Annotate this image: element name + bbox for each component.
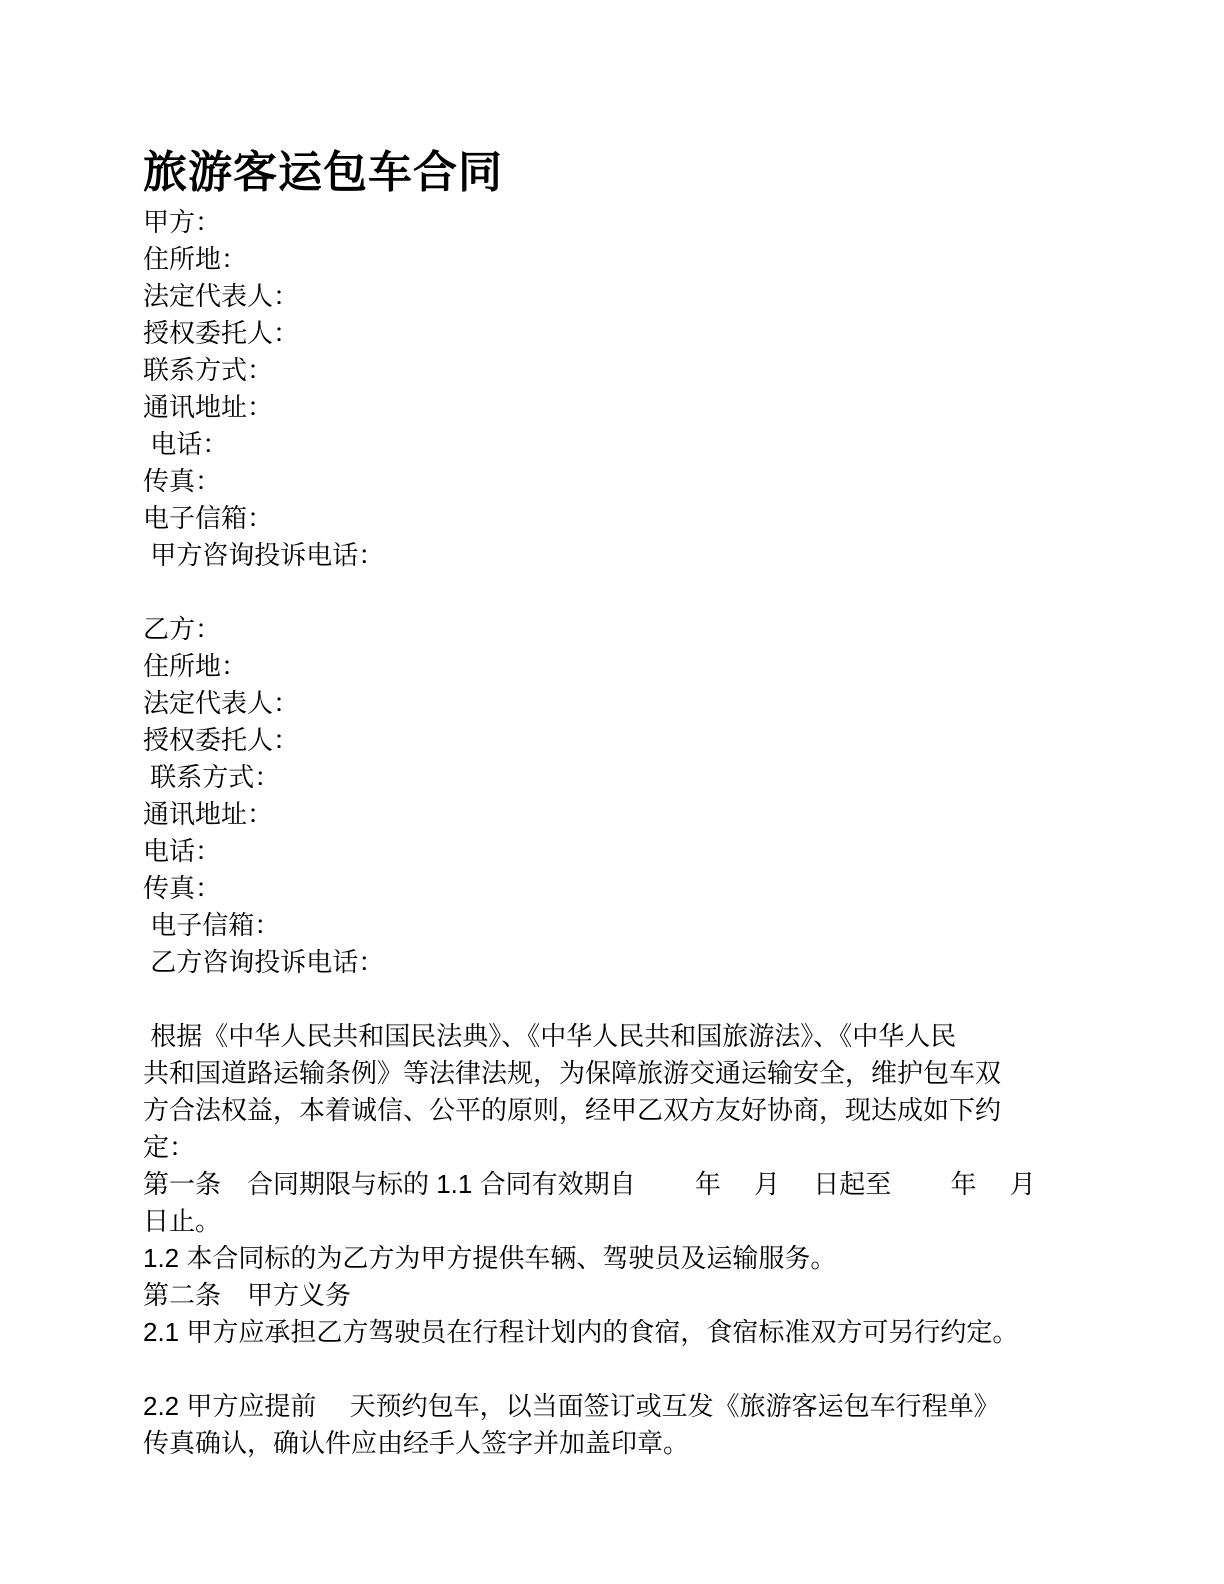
term-line: 2.2 甲方应提前 天预约包车，以当面签订或互发《旅游客运包车行程单》 [143,1388,1083,1425]
party-a-line: 授权委托人： [143,315,1083,352]
party-b-line: 电子信箱： [143,907,1083,944]
preamble-line: 根据《中华人民共和国民法典》、《中华人民共和国旅游法》、《中华人民 [143,1018,1083,1055]
document-content: 旅游客运包车合同 甲方：住所地：法定代表人：授权委托人：联系方式：通讯地址： 电… [143,146,1083,1462]
preamble-line: 方合法权益，本着诚信、公平的原则，经甲乙双方友好协商，现达成如下约 [143,1092,1083,1129]
party-a-line: 法定代表人： [143,278,1083,315]
party-a-line: 通讯地址： [143,389,1083,426]
party-b-line: 法定代表人： [143,685,1083,722]
blank-line [143,1351,1083,1388]
party-a-line: 甲方： [143,204,1083,241]
term-line: 传真确认，确认件应由经手人签字并加盖印章。 [143,1425,1083,1462]
party-a-line: 甲方咨询投诉电话： [143,537,1083,574]
term-line: 2.1 甲方应承担乙方驾驶员在行程计划内的食宿，食宿标准双方可另行约定。 [143,1314,1083,1351]
party-b-line: 住所地： [143,648,1083,685]
document-page: 旅游客运包车合同 甲方：住所地：法定代表人：授权委托人：联系方式：通讯地址： 电… [0,0,1224,1584]
party-a-line: 传真： [143,463,1083,500]
party-b-line: 乙方： [143,611,1083,648]
party-b-line: 乙方咨询投诉电话： [143,944,1083,981]
term-line: 1.2 本合同标的为乙方为甲方提供车辆、驾驶员及运输服务。 [143,1240,1083,1277]
party-a-line: 住所地： [143,241,1083,278]
party-a-line: 电话： [143,426,1083,463]
preamble-line: 定： [143,1129,1083,1166]
term-line: 第一条 合同期限与标的 1.1 合同有效期自 年 月 日起至 年 月 [143,1166,1083,1203]
party-a-line: 联系方式： [143,352,1083,389]
party-b-line: 授权委托人： [143,722,1083,759]
party-b-line: 传真： [143,870,1083,907]
blank-line [143,574,1083,611]
blank-line [143,981,1083,1018]
preamble-line: 共和国道路运输条例》等法律法规，为保障旅游交通运输安全，维护包车双 [143,1055,1083,1092]
party-b-line: 通讯地址： [143,796,1083,833]
term-line: 日止。 [143,1203,1083,1240]
party-b-line: 电话： [143,833,1083,870]
term-line: 第二条 甲方义务 [143,1277,1083,1314]
party-b-line: 联系方式： [143,759,1083,796]
party-a-line: 电子信箱： [143,500,1083,537]
document-body: 甲方：住所地：法定代表人：授权委托人：联系方式：通讯地址： 电话：传真：电子信箱… [143,204,1083,1462]
document-title: 旅游客运包车合同 [143,146,1083,200]
